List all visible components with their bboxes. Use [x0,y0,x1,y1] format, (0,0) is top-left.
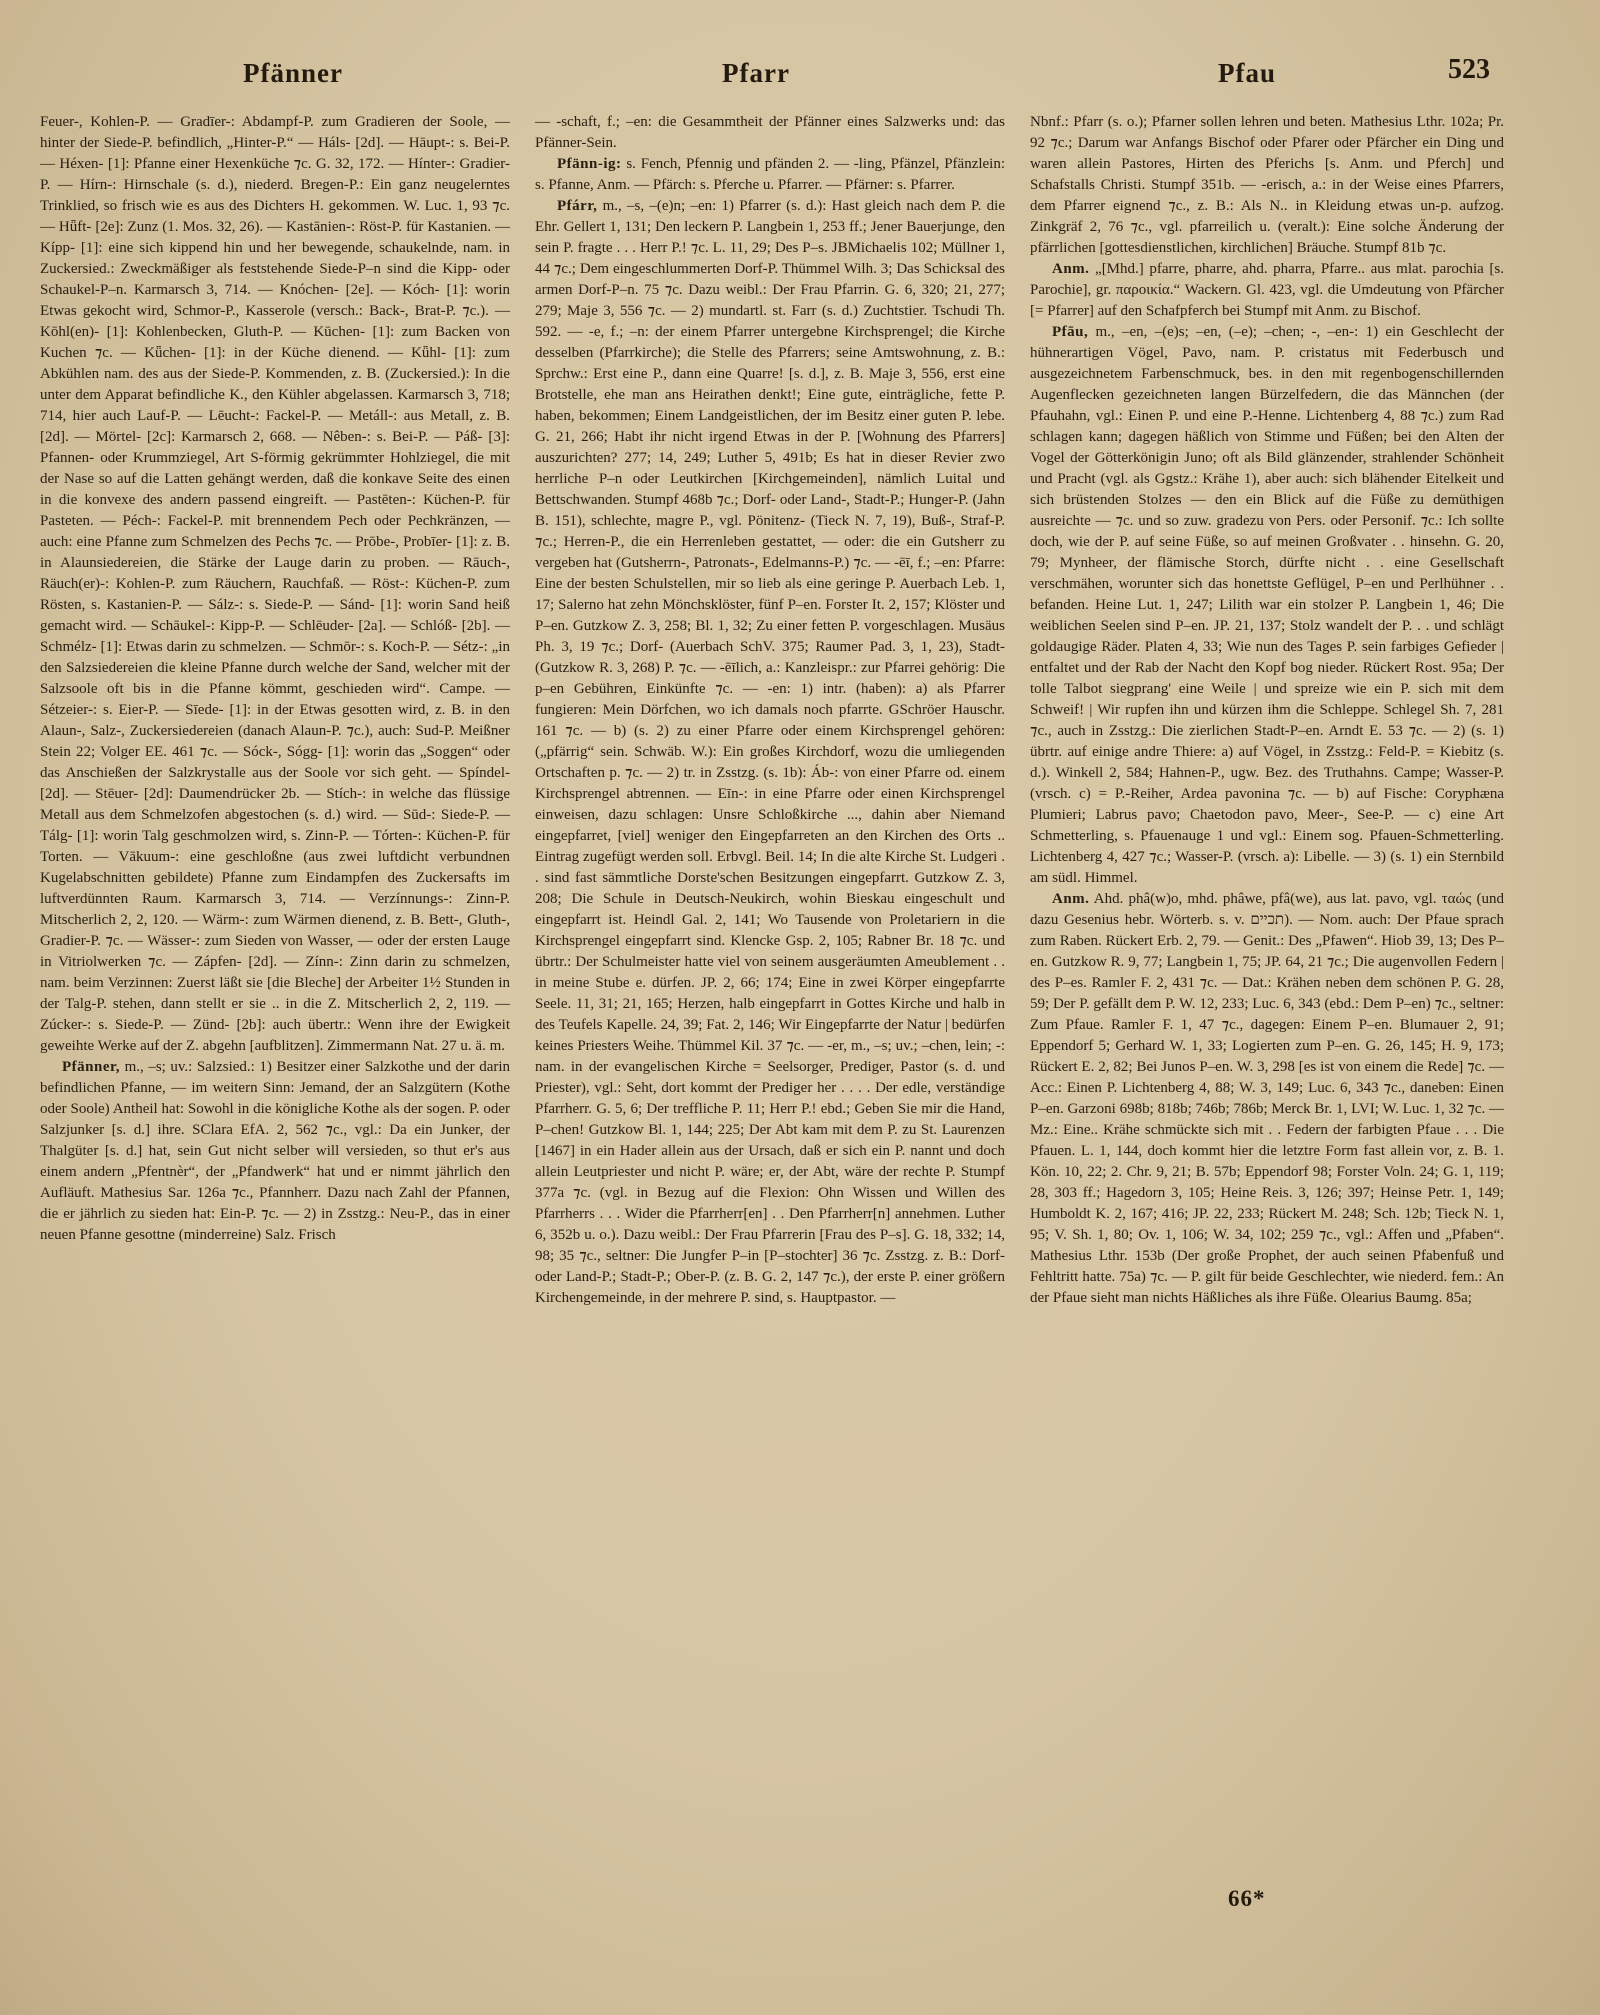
headword-pfaennig: Pfänn-ig: [557,156,622,172]
anm-pfau-text: Ahd. phâ(w)o, mhd. phâwe, pfâ(we), aus l… [1030,891,1504,1306]
running-head-left: Pfänner [243,58,343,89]
headword-anm-pfau: Anm. [1052,891,1089,907]
running-head-right: Pfau [1218,58,1276,89]
column-center: — -schaft, f.; –en: die Gesammtheit der … [535,112,1005,1309]
entry-pfarr: Pfárr, m., –s, –(e)n; –en: 1) Pfarrer (s… [535,196,1005,1309]
page-number: 523 [1448,54,1490,86]
entry-pfaenner: Pfänner, m., –s; uv.: Salzsied.: 1) Besi… [40,1057,510,1246]
entry-pfaenner-text: m., –s; uv.: Salzsied.: 1) Besitzer eine… [40,1059,510,1243]
headword-anm-pfarr: Anm. [1052,261,1089,277]
headword-pfarr: Pfárr, [557,198,597,214]
column-left: Feuer-, Kohlen-P. — Gradīer-: Abdampf-P.… [40,112,510,1246]
entry-pfau: Pfāu, m., –en, –(e)s; –en, (–e); –chen; … [1030,322,1504,889]
anm-pfarr-text: „[Mhd.] pfarre, pharre, ahd. pharra, Pfa… [1030,261,1504,319]
sheet-signature: 66* [1228,1886,1266,1912]
anm-pfarr: Anm. „[Mhd.] pfarre, pharre, ahd. pharra… [1030,259,1504,322]
headword-pfau: Pfāu, [1052,324,1088,340]
dictionary-page: Pfänner Pfarr Pfau 523 Feuer-, Kohlen-P.… [0,0,1600,2015]
headword-pfaenner: Pfänner, [62,1059,120,1075]
entry-pfaennig: Pfänn-ig: s. Fench, Pfennig und pfänden … [535,154,1005,196]
entry-pfaennerschaft-continuation: — -schaft, f.; –en: die Gesammtheit der … [535,112,1005,154]
entry-pfanne-compounds-continuation: Feuer-, Kohlen-P. — Gradīer-: Abdampf-P.… [40,112,510,1057]
entry-pfarr-text: m., –s, –(e)n; –en: 1) Pfarrer (s. d.): … [535,198,1005,1306]
anm-pfau: Anm. Ahd. phâ(w)o, mhd. phâwe, pfâ(we), … [1030,889,1504,1309]
column-right: Nbnf.: Pfarr (s. o.); Pfarner sollen leh… [1030,112,1504,1309]
entry-pfarrer-continuation: Nbnf.: Pfarr (s. o.); Pfarner sollen leh… [1030,112,1504,259]
entry-pfau-text: m., –en, –(e)s; –en, (–e); –chen; -, –en… [1030,324,1504,886]
running-head-center: Pfarr [722,58,790,89]
